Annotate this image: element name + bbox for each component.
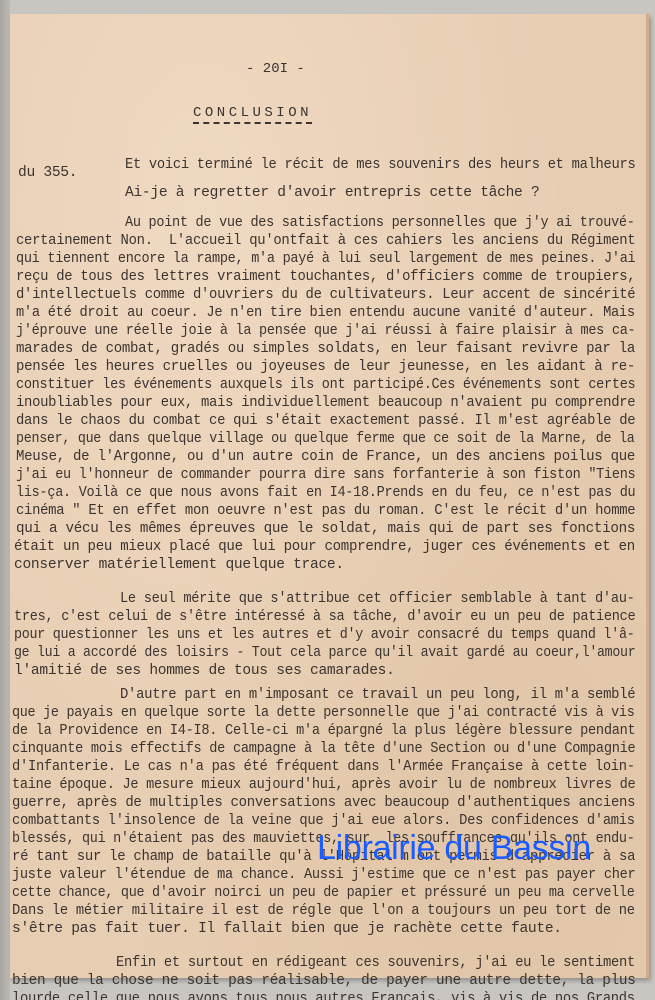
text-line: dans le chaos du combat ce qui s'était e… [16, 413, 635, 429]
text-line: d'intellectuels comme d'ouvriers du de c… [16, 287, 635, 303]
text-line: Meuse, de l'Argonne, ou d'un autre coin … [16, 449, 635, 465]
page-title: CONCLUSION [193, 105, 312, 124]
text-line: certainement Non. L'accueil qu'ontfait à… [16, 233, 635, 249]
text-line: que je payais en quelque sorte la dette … [12, 705, 634, 721]
text-line: cinquante mois effectifs de campagne à l… [12, 741, 635, 757]
text-line: l'amitié de ses hommes de tous ses camar… [14, 663, 395, 679]
text-line: conserver matériellement quelque trace. [14, 557, 344, 573]
text-line: pour questionner les uns et les autres e… [14, 627, 634, 643]
text-line: pensée les heures cruelles ou joyeuses d… [16, 359, 635, 375]
text-line: cette chance, que d'avoir noirci un peu … [12, 885, 634, 901]
text-line: lourde celle que nous avons tous nous au… [12, 991, 635, 1000]
text-line: lis-ça. Voilà ce que nous avons fait en … [16, 485, 635, 501]
text-line: guerre, après de multiples conversations… [12, 795, 635, 811]
text-line: j'ai eu l'honneur de commander pourra di… [16, 467, 635, 483]
text-line: Enfin et surtout en rédigeant ces souven… [116, 955, 635, 971]
text-line: du 355. [18, 165, 77, 181]
page-number: - 20I - [246, 61, 305, 77]
text-line: reçu de tous des lettres vraiment toucha… [16, 269, 635, 285]
text-line: qui tiennent encore la rampe, m'a payé à… [16, 251, 635, 267]
text-line: Et voici terminé le récit de mes souveni… [125, 157, 635, 173]
text-line: inoubliables pour eux, mais individuelle… [16, 395, 635, 411]
text-line: Le seul mérite que s'attribue cet offici… [120, 591, 635, 607]
text-line: j'éprouve une réelle joie à la pensée qu… [16, 323, 635, 339]
text-line: D'autre part en m'imposant ce travail un… [120, 687, 635, 703]
text-line: Au point de vue des satisfactions person… [125, 215, 635, 231]
watermark: Librairie du Bassin [317, 829, 591, 868]
text-line: marades de combat, gradés ou simples sol… [16, 341, 635, 357]
text-line: qui a vécu les mêmes épreuves que le sol… [16, 521, 635, 537]
text-line: de la Providence en I4-I8. Celle-ci m'a … [12, 723, 635, 739]
text-line: ge lui a accordé des loisirs - Tout cela… [14, 645, 635, 661]
text-line: taine époque. Je mesure mieux aujourd'hu… [12, 777, 635, 793]
text-line: Ai-je à regretter d'avoir entrepris cett… [125, 185, 539, 201]
text-line: s'être pas fait tuer. Il fallait bien qu… [12, 921, 562, 937]
text-line: combattants l'insolence de la veine que … [12, 813, 635, 829]
scan-backdrop [0, 0, 10, 1000]
text-line: cinéma " Et en effet mon oeuvre n'est pa… [16, 503, 635, 519]
text-line: tres, c'est celui de s'être intéressé à … [14, 609, 635, 625]
text-line: constituer les événements auxquels ils o… [16, 377, 635, 393]
text-line: était un peu mieux placé que lui pour co… [14, 539, 635, 555]
text-line: penser, que dans quelque village ou quel… [16, 431, 634, 447]
text-line: juste valeur l'étendue de ma chance. Aus… [12, 867, 635, 883]
text-line: bien que la chose ne soit pas réalisable… [12, 973, 636, 989]
text-line: d'Infanterie. Le cas n'a pas été fréquen… [12, 759, 635, 775]
text-line: m'a été droit au coeur. Je n'en tire bie… [16, 305, 635, 321]
text-line: Dans le métier militaire il est de régle… [12, 903, 635, 919]
